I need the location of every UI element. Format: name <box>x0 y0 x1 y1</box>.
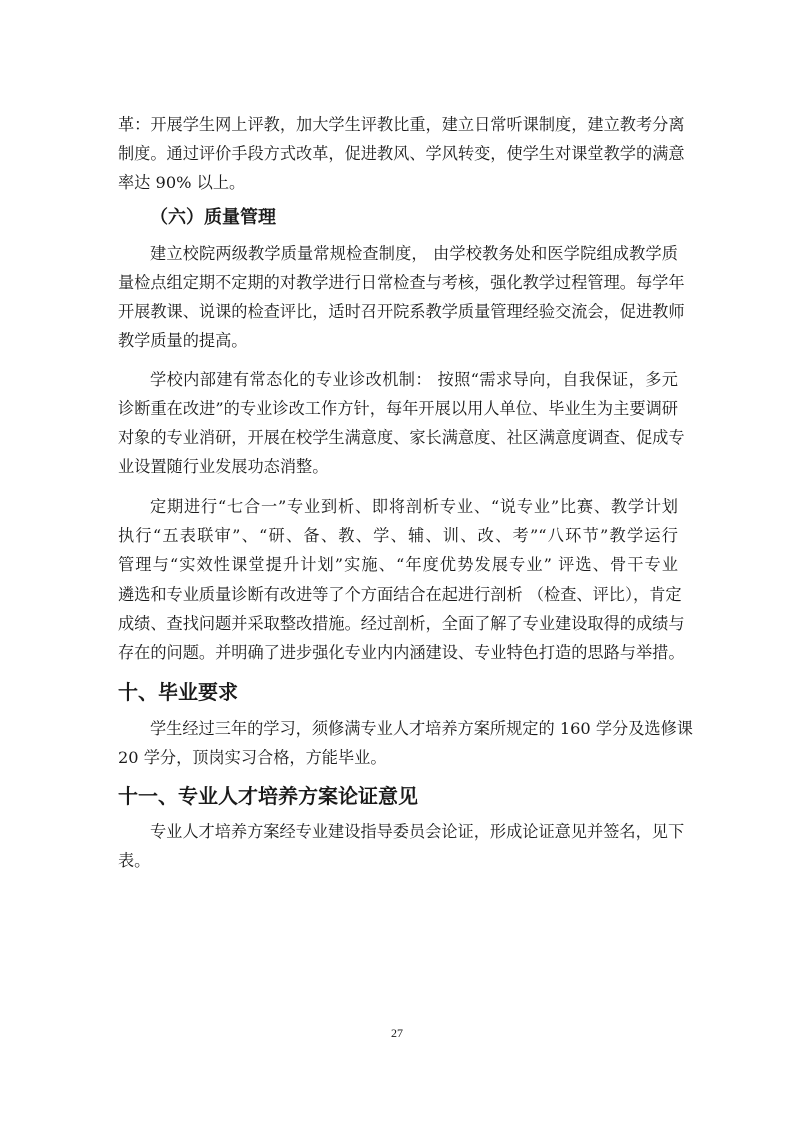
paragraph-line: 诊断重在改进”的专业诊改工作方针，每年开展以用人单位、毕业生为主要调研 <box>118 399 678 419</box>
paragraph-line: 专业人才培养方案经专业建设指导委员会论证，形成论证意见并签名，见下 <box>150 822 678 842</box>
page-number: 27 <box>0 1026 794 1041</box>
paragraph-line: 遴选和专业质量诊断有改进等了个方面结合在起进行剖析 （检查、评比），肯定 <box>118 585 678 605</box>
paragraph-line: 20 学分，顶岗实习合格，方能毕业。 <box>118 748 678 768</box>
paragraph-line: 教学质量的提高。 <box>118 331 678 351</box>
paragraph-line: 革：开展学生网上评教，加大学生评教比重，建立日常听课制度，建立教考分离 <box>118 115 678 135</box>
paragraph-line: 管理与“实效性课堂提升计划”实施、“年度优势发展专业” 评选、骨干专业 <box>118 555 678 575</box>
paragraph-line: 制度。通过评价手段方式改革，促进教风、学风转变，使学生对课堂教学的满意 <box>118 144 678 164</box>
section-heading-program-review-opinion: 十一、专业人才培养方案论证意见 <box>118 784 418 808</box>
section-heading-graduation-requirements: 十、毕业要求 <box>118 680 238 704</box>
paragraph-line: 学校内部建有常态化的专业诊改机制： 按照“需求导向，自我保证，多元 <box>150 370 678 390</box>
paragraph-line: 业设置随行业发展功态消整。 <box>118 457 678 477</box>
section-heading-quality-management: （六）质量管理 <box>150 207 276 229</box>
paragraph-line: 开展教课、说课的检查评比，适时召开院系教学质量管理经验交流会，促进教师 <box>118 302 678 322</box>
paragraph-line: 对象的专业消研，开展在校学生满意度、家长满意度、社区满意度调查、促成专 <box>118 428 678 448</box>
paragraph-line: 表。 <box>118 851 678 871</box>
paragraph-line: 学生经过三年的学习，须修满专业人才培养方案所规定的 160 学分及选修课 <box>150 719 678 739</box>
paragraph-line: 存在的问题。并明确了进步强化专业内内涵建设、专业特色打造的思路与举措。 <box>118 643 678 663</box>
paragraph-line: 建立校院两级教学质量常规检查制度， 由学校教务处和医学院组成教学质 <box>150 244 678 264</box>
paragraph-line: 率达 90% 以上。 <box>118 173 678 193</box>
paragraph-line: 执行“五表联审”、“研、备、教、学、辅、训、改、考”“八环节”教学运行 <box>118 526 678 546</box>
paragraph-line: 定期进行“七合一”专业到析、即将剖析专业、“说专业”比赛、教学计划 <box>150 497 678 517</box>
paragraph-line: 成绩、查找问题并采取整改措施。经过剖析，全面了解了专业建设取得的成绩与 <box>118 614 678 634</box>
paragraph-line: 量检点组定期不定期的对教学进行日常检查与考核，强化教学过程管理。每学年 <box>118 273 678 293</box>
